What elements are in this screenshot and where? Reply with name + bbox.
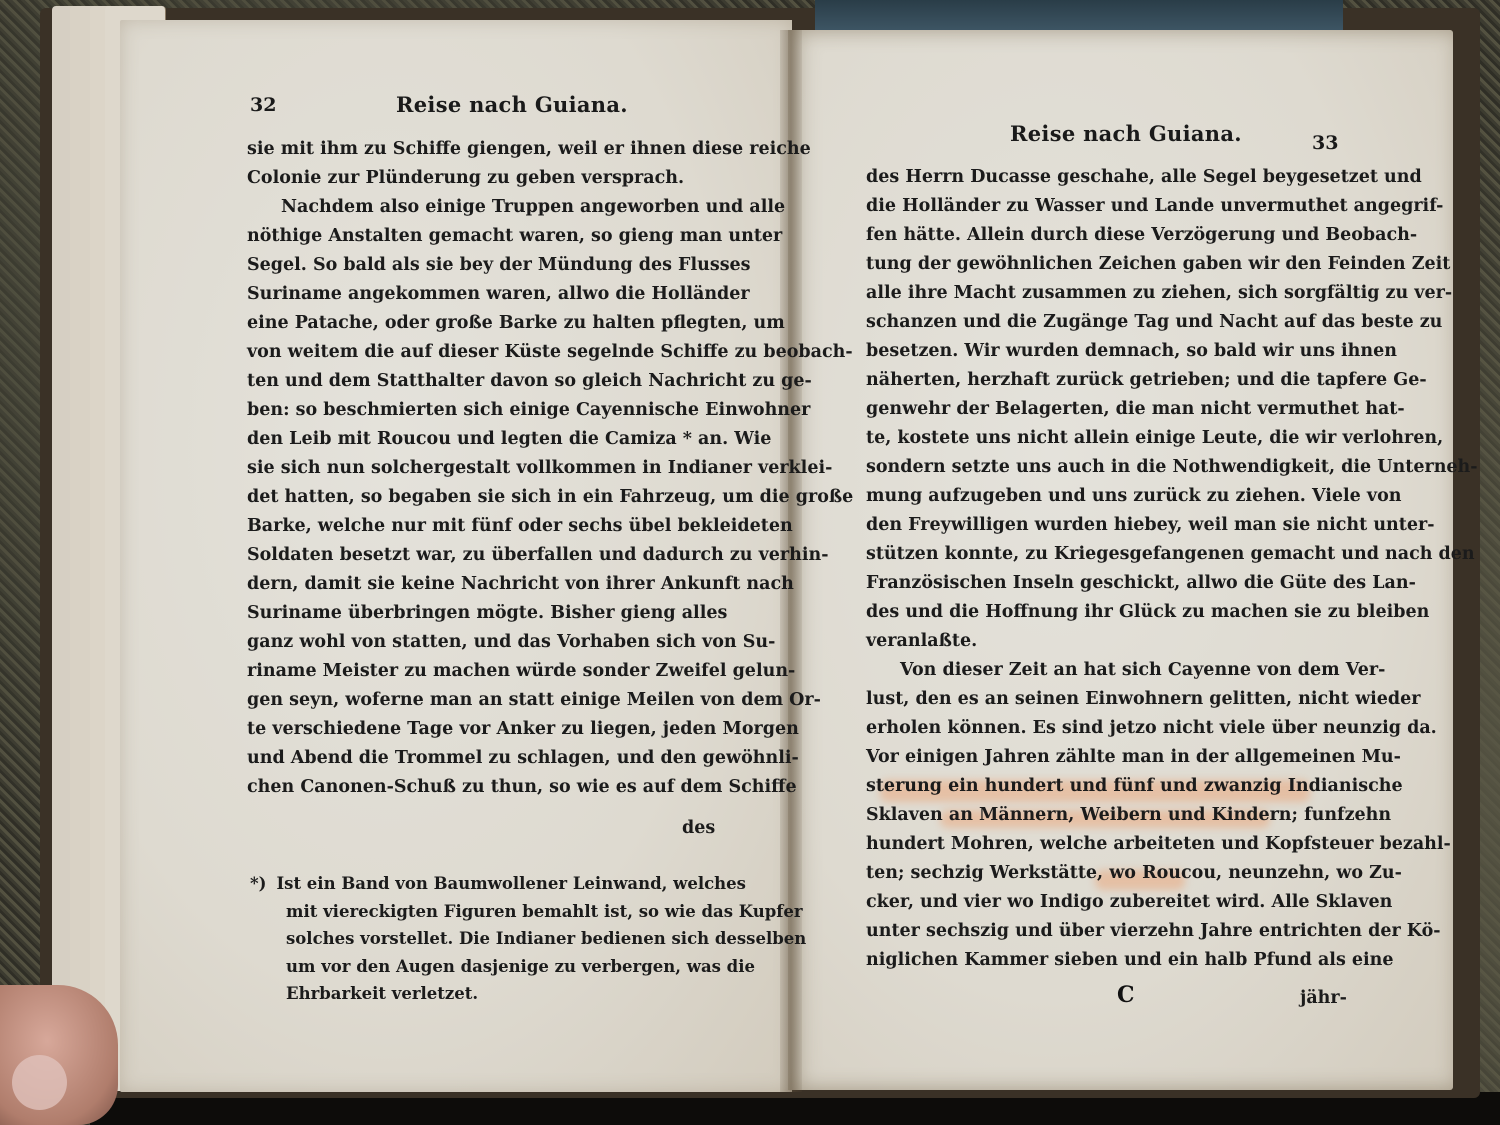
running-header-left: Reise nach Guiana. bbox=[396, 92, 628, 117]
text-line: tung der gewöhnlichen Zeichen gaben wir … bbox=[866, 250, 1336, 279]
bookmark-ribbon bbox=[815, 0, 1343, 34]
text-line: niglichen Kammer sieben und ein halb Pfu… bbox=[866, 946, 1336, 975]
text-line: alle ihre Macht zusammen zu ziehen, sich… bbox=[866, 279, 1336, 308]
text-line: ben: so beschmierten sich einige Cayenni… bbox=[247, 396, 725, 425]
text-line: des und die Hoffnung ihr Glück zu machen… bbox=[866, 598, 1336, 627]
text-line: hundert Mohren, welche arbeiteten und Ko… bbox=[866, 830, 1336, 859]
text-line: det hatten, so begaben sie sich in ein F… bbox=[247, 483, 725, 512]
catchword-right: jähr- bbox=[1300, 988, 1347, 1008]
text-line: besetzen. Wir wurden demnach, so bald wi… bbox=[866, 337, 1336, 366]
footnote: *)Ist ein Band von Baumwollener Leinwand… bbox=[250, 870, 712, 1008]
text-line: te, kostete uns nicht allein einige Leut… bbox=[866, 424, 1336, 453]
footnote-line: Ehrbarkeit verletzet. bbox=[250, 980, 712, 1008]
text-line: und Abend die Trommel zu schlagen, und d… bbox=[247, 744, 725, 773]
page-number-left: 32 bbox=[250, 94, 276, 116]
text-line: unter sechszig und über vierzehn Jahre e… bbox=[866, 917, 1336, 946]
text-line: des Herrn Ducasse geschahe, alle Segel b… bbox=[866, 163, 1336, 192]
text-line: ganz wohl von statten, und das Vorhaben … bbox=[247, 628, 725, 657]
text-line: Französischen Inseln geschickt, allwo di… bbox=[866, 569, 1336, 598]
text-line: von weitem die auf dieser Küste segelnde… bbox=[247, 338, 725, 367]
text-line: sie mit ihm zu Schiffe giengen, weil er … bbox=[247, 135, 725, 164]
text-line: Suriname angekommen waren, allwo die Hol… bbox=[247, 280, 725, 309]
text-line: genwehr der Belagerten, die man nicht ve… bbox=[866, 395, 1336, 424]
text-line: erholen können. Es sind jetzo nicht viel… bbox=[866, 714, 1336, 743]
footnote-marker: *) bbox=[250, 870, 266, 898]
text-line: Sklaven an Männern, Weibern und Kindern;… bbox=[866, 801, 1336, 830]
text-line: veranlaßte. bbox=[866, 627, 1336, 656]
left-body-text: sie mit ihm zu Schiffe giengen, weil er … bbox=[247, 135, 725, 802]
text-line: Soldaten besetzt war, zu überfallen und … bbox=[247, 541, 725, 570]
text-line: ten und dem Statthalter davon so gleich … bbox=[247, 367, 725, 396]
text-line: Von dieser Zeit an hat sich Cayenne von … bbox=[866, 656, 1336, 685]
text-line: riname Meister zu machen würde sonder Zw… bbox=[247, 657, 725, 686]
right-body-text: des Herrn Ducasse geschahe, alle Segel b… bbox=[866, 163, 1336, 975]
text-line: te verschiedene Tage vor Anker zu liegen… bbox=[247, 715, 725, 744]
footnote-line: mit viereckigten Figuren bemahlt ist, so… bbox=[250, 898, 712, 926]
text-line: nöthige Anstalten gemacht waren, so gien… bbox=[247, 222, 725, 251]
catchword-left: des bbox=[682, 818, 715, 838]
text-line: eine Patache, oder große Barke zu halten… bbox=[247, 309, 725, 338]
text-line: sie sich nun solchergestalt vollkommen i… bbox=[247, 454, 725, 483]
text-line: Vor einigen Jahren zählte man in der all… bbox=[866, 743, 1336, 772]
text-line: sterung ein hundert und fünf und zwanzig… bbox=[866, 772, 1336, 801]
text-line: schanzen und die Zugänge Tag und Nacht a… bbox=[866, 308, 1336, 337]
text-line: Colonie zur Plünderung zu geben versprac… bbox=[247, 164, 725, 193]
text-line: ten; sechzig Werkstätte, wo Roucou, neun… bbox=[866, 859, 1336, 888]
signature-mark: C bbox=[1117, 982, 1135, 1008]
text-line: stützen konnte, zu Kriegesgefangenen gem… bbox=[866, 540, 1336, 569]
text-line: Suriname überbringen mögte. Bisher gieng… bbox=[247, 599, 725, 628]
thumb bbox=[0, 985, 118, 1125]
text-line: chen Canonen-Schuß zu thun, so wie es au… bbox=[247, 773, 725, 802]
page-number-right: 33 bbox=[1312, 132, 1338, 154]
footnote-line: solches vorstellet. Die Indianer bediene… bbox=[250, 925, 712, 953]
text-line: den Freywilligen wurden hiebey, weil man… bbox=[866, 511, 1336, 540]
text-line: mung aufzugeben und uns zurück zu ziehen… bbox=[866, 482, 1336, 511]
text-line: dern, damit sie keine Nachricht von ihre… bbox=[247, 570, 725, 599]
text-line: gen seyn, woferne man an statt einige Me… bbox=[247, 686, 725, 715]
text-line: lust, den es an seinen Einwohnern gelitt… bbox=[866, 685, 1336, 714]
footnote-line: *)Ist ein Band von Baumwollener Leinwand… bbox=[250, 870, 712, 898]
running-header-right: Reise nach Guiana. bbox=[1010, 121, 1242, 146]
text-line: fen hätte. Allein durch diese Verzögerun… bbox=[866, 221, 1336, 250]
text-line: den Leib mit Roucou und legten die Camiz… bbox=[247, 425, 725, 454]
text-line: Segel. So bald als sie bey der Mündung d… bbox=[247, 251, 725, 280]
thumbnail bbox=[12, 1055, 67, 1110]
text-line: Barke, welche nur mit fünf oder sechs üb… bbox=[247, 512, 725, 541]
footnote-line: um vor den Augen dasjenige zu verbergen,… bbox=[250, 953, 712, 981]
text-line: die Holländer zu Wasser und Lande unverm… bbox=[866, 192, 1336, 221]
text-line: cker, und vier wo Indigo zubereitet wird… bbox=[866, 888, 1336, 917]
text-line: sondern setzte uns auch in die Nothwendi… bbox=[866, 453, 1336, 482]
text-line: Nachdem also einige Truppen angeworben u… bbox=[247, 193, 725, 222]
text-line: näherten, herzhaft zurück getrieben; und… bbox=[866, 366, 1336, 395]
